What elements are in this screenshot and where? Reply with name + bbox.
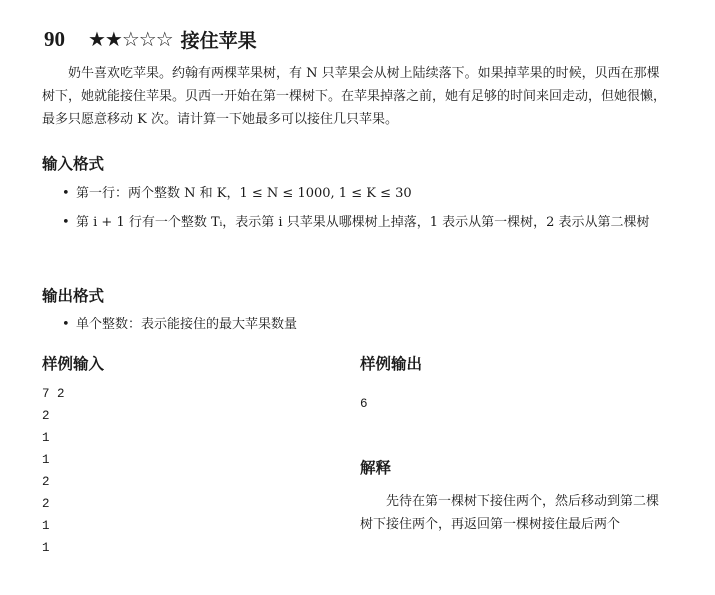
sample-input-block: 7 2 2 1 1 2 2 1 1 [42, 383, 65, 559]
problem-description: 奶牛喜欢吃苹果。约翰有两棵苹果树，有 N 只苹果会从树上陆续落下。如果掉苹果的时… [42, 62, 666, 131]
sample-output-block: 6 [360, 393, 368, 415]
sample-output-line: 6 [360, 393, 368, 415]
explanation-text: 先待在第一棵树下接住两个，然后移动到第二棵树下接住两个，再返回第一棵树接住最后两… [360, 490, 664, 536]
sample-input-line: 1 [42, 427, 65, 449]
sample-input-line: 2 [42, 471, 65, 493]
input-format-heading: 输入格式 [42, 152, 104, 174]
problem-title: 接住苹果 [181, 26, 257, 53]
output-format-list: 单个整数：表示能接住的最大苹果数量 [62, 313, 662, 342]
sample-input-line: 2 [42, 493, 65, 515]
output-format-heading: 输出格式 [42, 284, 104, 306]
input-format-item: 第 i + 1 行有一个整数 Tᵢ，表示第 i 只苹果从哪棵树上掉落，1 表示从… [62, 211, 662, 234]
input-format-item: 第一行：两个整数 N 和 K，1 ≤ N ≤ 1000, 1 ≤ K ≤ 30 [62, 182, 662, 205]
sample-input-heading: 样例输入 [42, 352, 104, 374]
input-format-list: 第一行：两个整数 N 和 K，1 ≤ N ≤ 1000, 1 ≤ K ≤ 30 … [62, 182, 662, 240]
sample-output-heading: 样例输出 [360, 352, 422, 374]
sample-input-line: 1 [42, 537, 65, 559]
problem-number: 90 [44, 27, 88, 52]
sample-input-line: 7 2 [42, 383, 65, 405]
problem-title-row: 90 ★★☆☆☆ 接住苹果 [44, 24, 257, 54]
output-format-item: 单个整数：表示能接住的最大苹果数量 [62, 313, 662, 336]
sample-input-line: 1 [42, 515, 65, 537]
sample-input-line: 1 [42, 449, 65, 471]
explanation-heading: 解释 [360, 456, 391, 478]
sample-input-line: 2 [42, 405, 65, 427]
difficulty-stars-icon: ★★☆☆☆ [88, 27, 173, 51]
